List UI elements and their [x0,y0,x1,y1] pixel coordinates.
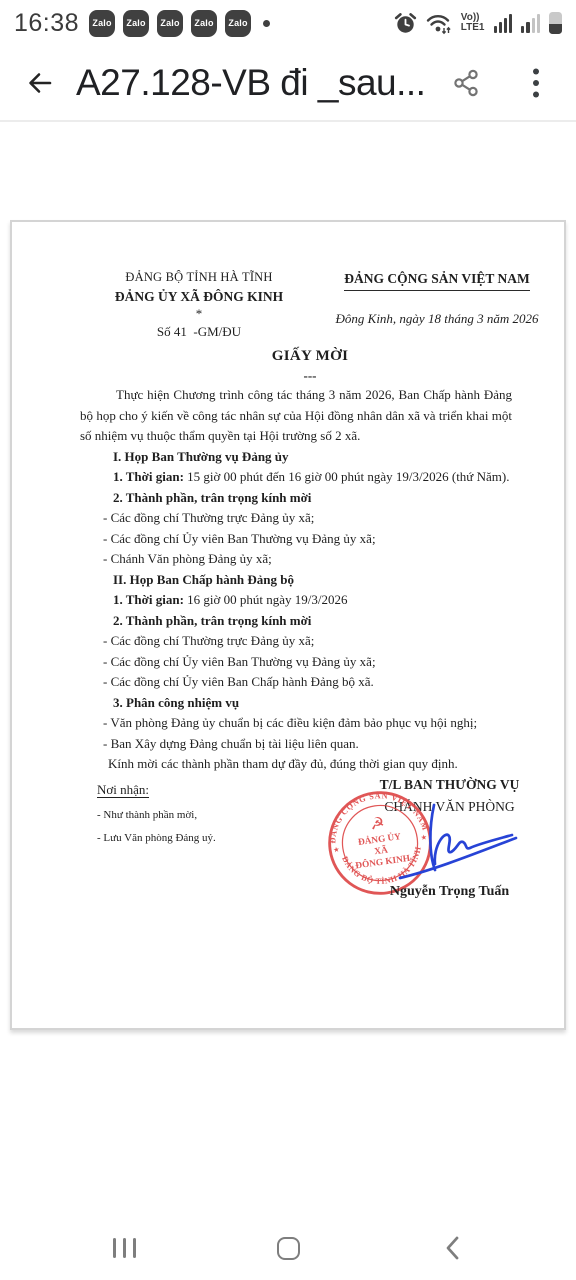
document-line: 2. Thành phần, trân trọng kính mời [80,611,512,632]
wifi-icon [426,12,452,35]
battery-icon [549,12,562,34]
document-line: 2. Thành phần, trân trọng kính mời [80,488,512,509]
doc-number: Số 41 -GM/ĐU [74,324,324,340]
share-icon [451,68,481,98]
national-header: ĐẢNG CỘNG SẢN VIỆT NAM Đông Kinh, ngày 1… [308,270,566,327]
back-nav-icon [443,1235,461,1261]
zalo-badge-icon: Zalo [123,10,149,37]
home-button[interactable] [264,1224,312,1272]
org-star: * [74,306,324,322]
navigation-bar [0,1216,576,1280]
document-line: 1. Thời gian: 15 giờ 00 phút đến 16 giờ … [80,467,512,488]
recipients-title: Nơi nhận: [97,782,216,798]
signer-name: Nguyễn Trọng Tuấn [322,884,576,900]
document-line: Kính mời các thành phần tham dự đầy đủ, … [80,754,512,775]
file-title: A27.128-VB đi _sau... [76,62,425,104]
notification-icons: ZaloZaloZaloZaloZalo [89,10,251,37]
overflow-menu-button[interactable] [514,61,558,105]
document-line: - Các đồng chí Ủy viên Ban Thường vụ Đản… [80,652,512,673]
alarm-icon [394,12,417,35]
back-arrow-icon [25,68,55,98]
org-parent-name: ĐẢNG BỘ TỈNH HÀ TĨNH [74,270,324,285]
home-icon [277,1237,300,1260]
zalo-badge-icon: Zalo [225,10,251,37]
recents-icon [113,1238,136,1258]
org-name: ĐẢNG ỦY XÃ ĐÔNG KINH [74,289,324,305]
line-bold-lead: 1. Thời gian: [113,592,184,607]
signal-sim1-icon [494,14,513,33]
document-line: Thực hiện Chương trình công tác tháng 3 … [80,385,512,447]
org-header-left: ĐẢNG BỘ TỈNH HÀ TĨNH ĐẢNG ỦY XÃ ĐÔNG KIN… [74,270,324,340]
zalo-badge-icon: Zalo [89,10,115,37]
stamp-star-left: ★ [333,846,340,855]
recipient-item: - Lưu Văn phòng Đảng uỷ. [97,832,216,844]
document-body: Thực hiện Chương trình công tác tháng 3 … [80,385,512,775]
document-line: 3. Phân công nhiệm vụ [80,693,512,714]
recents-button[interactable] [100,1224,148,1272]
document-line: - Các đồng chí Ủy viên Ban Chấp hành Đản… [80,672,512,693]
document-line: - Các đồng chí Thường trực Đảng ủy xã; [80,631,512,652]
screen: 16:38 ZaloZaloZaloZaloZalo Vo)) LTE1 [0,0,576,1280]
document-line: - Các đồng chí Ủy viên Ban Thường vụ Đản… [80,529,512,550]
line-bold-lead: 1. Thời gian: [113,469,184,484]
document-line: II. Họp Ban Chấp hành Đảng bộ [80,570,512,591]
document-line: - Chánh Văn phòng Đảng ủy xã; [80,549,512,570]
zalo-badge-icon: Zalo [191,10,217,37]
more-notifications-dot [263,20,270,27]
recipient-item: - Như thành phần mời, [97,809,216,821]
document-line: I. Họp Ban Thường vụ Đảng ủy [80,447,512,468]
document-line: - Các đồng chí Thường trực Đảng ủy xã; [80,508,512,529]
party-name: ĐẢNG CỘNG SẢN VIỆT NAM [344,271,530,291]
volte-indicator: Vo)) LTE1 [461,13,485,33]
back-button[interactable] [18,61,62,105]
more-vert-icon [532,67,540,99]
back-nav-button[interactable] [428,1224,476,1272]
signal-sim2-icon [521,14,540,33]
recipients-block: Nơi nhận: - Như thành phần mời,- Lưu Văn… [97,782,216,844]
status-bar: 16:38 ZaloZaloZaloZaloZalo Vo)) LTE1 [0,0,576,46]
place-date-line: Đông Kinh, ngày 18 tháng 3 năm 2026 [308,311,566,327]
document-line: 1. Thời gian: 16 giờ 00 phút ngày 19/3/2… [80,590,512,611]
share-button[interactable] [444,61,488,105]
handwritten-signature [394,800,522,886]
zalo-badge-icon: Zalo [157,10,183,37]
document-line: - Văn phòng Đảng ủy chuẩn bị các điều ki… [80,713,512,734]
hammer-sickle-icon: ☭ [369,813,386,834]
doc-title-separator: --- [80,368,540,384]
document-viewer[interactable]: ĐẢNG BỘ TỈNH HÀ TĨNH ĐẢNG ỦY XÃ ĐÔNG KIN… [0,124,576,1216]
document-page: ĐẢNG BỘ TỈNH HÀ TĨNH ĐẢNG ỦY XÃ ĐÔNG KIN… [10,220,566,1030]
doc-title: GIẤY MỜI [80,348,540,365]
status-time: 16:38 [14,9,79,38]
app-bar: A27.128-VB đi _sau... [0,46,576,122]
document-line: - Ban Xây dựng Đảng chuẩn bị tài liệu li… [80,734,512,755]
